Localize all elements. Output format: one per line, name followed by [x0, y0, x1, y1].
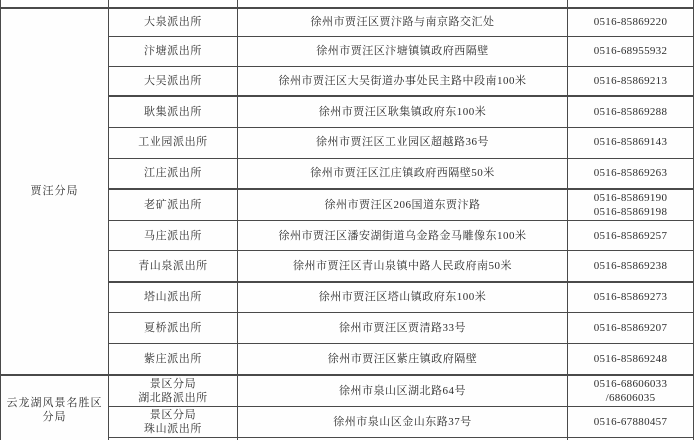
address-cell: 徐州市泉山区湖北路64号: [238, 375, 568, 407]
bureau-cell: [1, 0, 109, 8]
address-cell: 徐州市贾汪区大吴街道办事处民主路中段南100米: [238, 66, 568, 96]
phone-cell: 0516-85869213: [568, 66, 694, 96]
station-cell: 马庄派出所: [109, 221, 238, 251]
address-cell: 徐州市贾汪区紫庄镇政府隔壁: [238, 344, 568, 375]
phone-cell: 0516-85869248: [568, 344, 694, 375]
table-row: 云龙湖风景名胜区分局 景区分局 湖北路派出所 徐州市泉山区湖北路64号 0516…: [1, 375, 694, 407]
phone-cell: 0516-68955932: [568, 36, 694, 66]
phone-cell: 0516-85869263: [568, 158, 694, 189]
phone-cell: 0516-85869273: [568, 282, 694, 313]
phone-cell: 0516-85869207: [568, 313, 694, 344]
phone-cell: 0516-67880457: [568, 406, 694, 437]
address-cell: 徐州市贾汪区贾清路33号: [238, 313, 568, 344]
phone-cell: 0516-85869143: [568, 127, 694, 158]
address-cell: 徐州市贾汪区206国道东贾汴路: [238, 189, 568, 221]
phone-cell: 0516-85869288: [568, 96, 694, 127]
table-row-partial-top: [1, 0, 694, 8]
address-cell: [238, 0, 568, 8]
phone-cell: 0516-85869220: [568, 8, 694, 36]
station-cell: 景区分局 湖北路派出所: [109, 375, 238, 407]
address-cell: 徐州市贾汪区汴塘镇镇政府西隔壁: [238, 36, 568, 66]
phone-cell: 0516-85869238: [568, 251, 694, 282]
phone-cell: 0516-85869257: [568, 221, 694, 251]
address-cell: 徐州市贾汪区耿集镇政府东100米: [238, 96, 568, 127]
station-cell: 大泉派出所: [109, 8, 238, 36]
station-cell: 江庄派出所: [109, 158, 238, 189]
station-cell: 紫庄派出所: [109, 344, 238, 375]
phone-cell: [568, 0, 694, 8]
station-cell: 大吴派出所: [109, 66, 238, 96]
station-cell: 景区分局 珠山派出所: [109, 406, 238, 437]
scanned-police-directory-page: 贾汪分局 大泉派出所 徐州市贾汪区贾汴路与南京路交汇处 0516-8586922…: [0, 0, 700, 440]
bureau-cell: 云龙湖风景名胜区分局: [1, 375, 109, 440]
station-cell: 塔山派出所: [109, 282, 238, 313]
address-cell: 徐州市贾汪区贾汴路与南京路交汇处: [238, 8, 568, 36]
address-cell: 徐州市贾汪区潘安湖街道乌金路金马雕像东100米: [238, 221, 568, 251]
address-cell: 徐州市贾汪区江庄镇政府西隔壁50米: [238, 158, 568, 189]
address-cell: 徐州市贾汪区工业园区超越路36号: [238, 127, 568, 158]
police-stations-table: 贾汪分局 大泉派出所 徐州市贾汪区贾汴路与南京路交汇处 0516-8586922…: [0, 0, 694, 440]
address-cell: 徐州市贾汪区青山泉镇中路人民政府南50米: [238, 251, 568, 282]
bureau-cell: 贾汪分局: [1, 8, 109, 375]
phone-cell: 0516-68606033 /68606035: [568, 375, 694, 407]
station-cell: 汴塘派出所: [109, 36, 238, 66]
station-cell: 夏桥派出所: [109, 313, 238, 344]
address-cell: 徐州市泉山区金山东路37号: [238, 406, 568, 437]
station-cell: 耿集派出所: [109, 96, 238, 127]
station-cell: 工业园派出所: [109, 127, 238, 158]
station-cell: [109, 0, 238, 8]
station-cell: 老矿派出所: [109, 189, 238, 221]
phone-cell: 0516-85869190 0516-85869198: [568, 189, 694, 221]
table-row: 贾汪分局 大泉派出所 徐州市贾汪区贾汴路与南京路交汇处 0516-8586922…: [1, 8, 694, 36]
station-cell: 青山泉派出所: [109, 251, 238, 282]
address-cell: 徐州市贾汪区塔山镇政府东100米: [238, 282, 568, 313]
